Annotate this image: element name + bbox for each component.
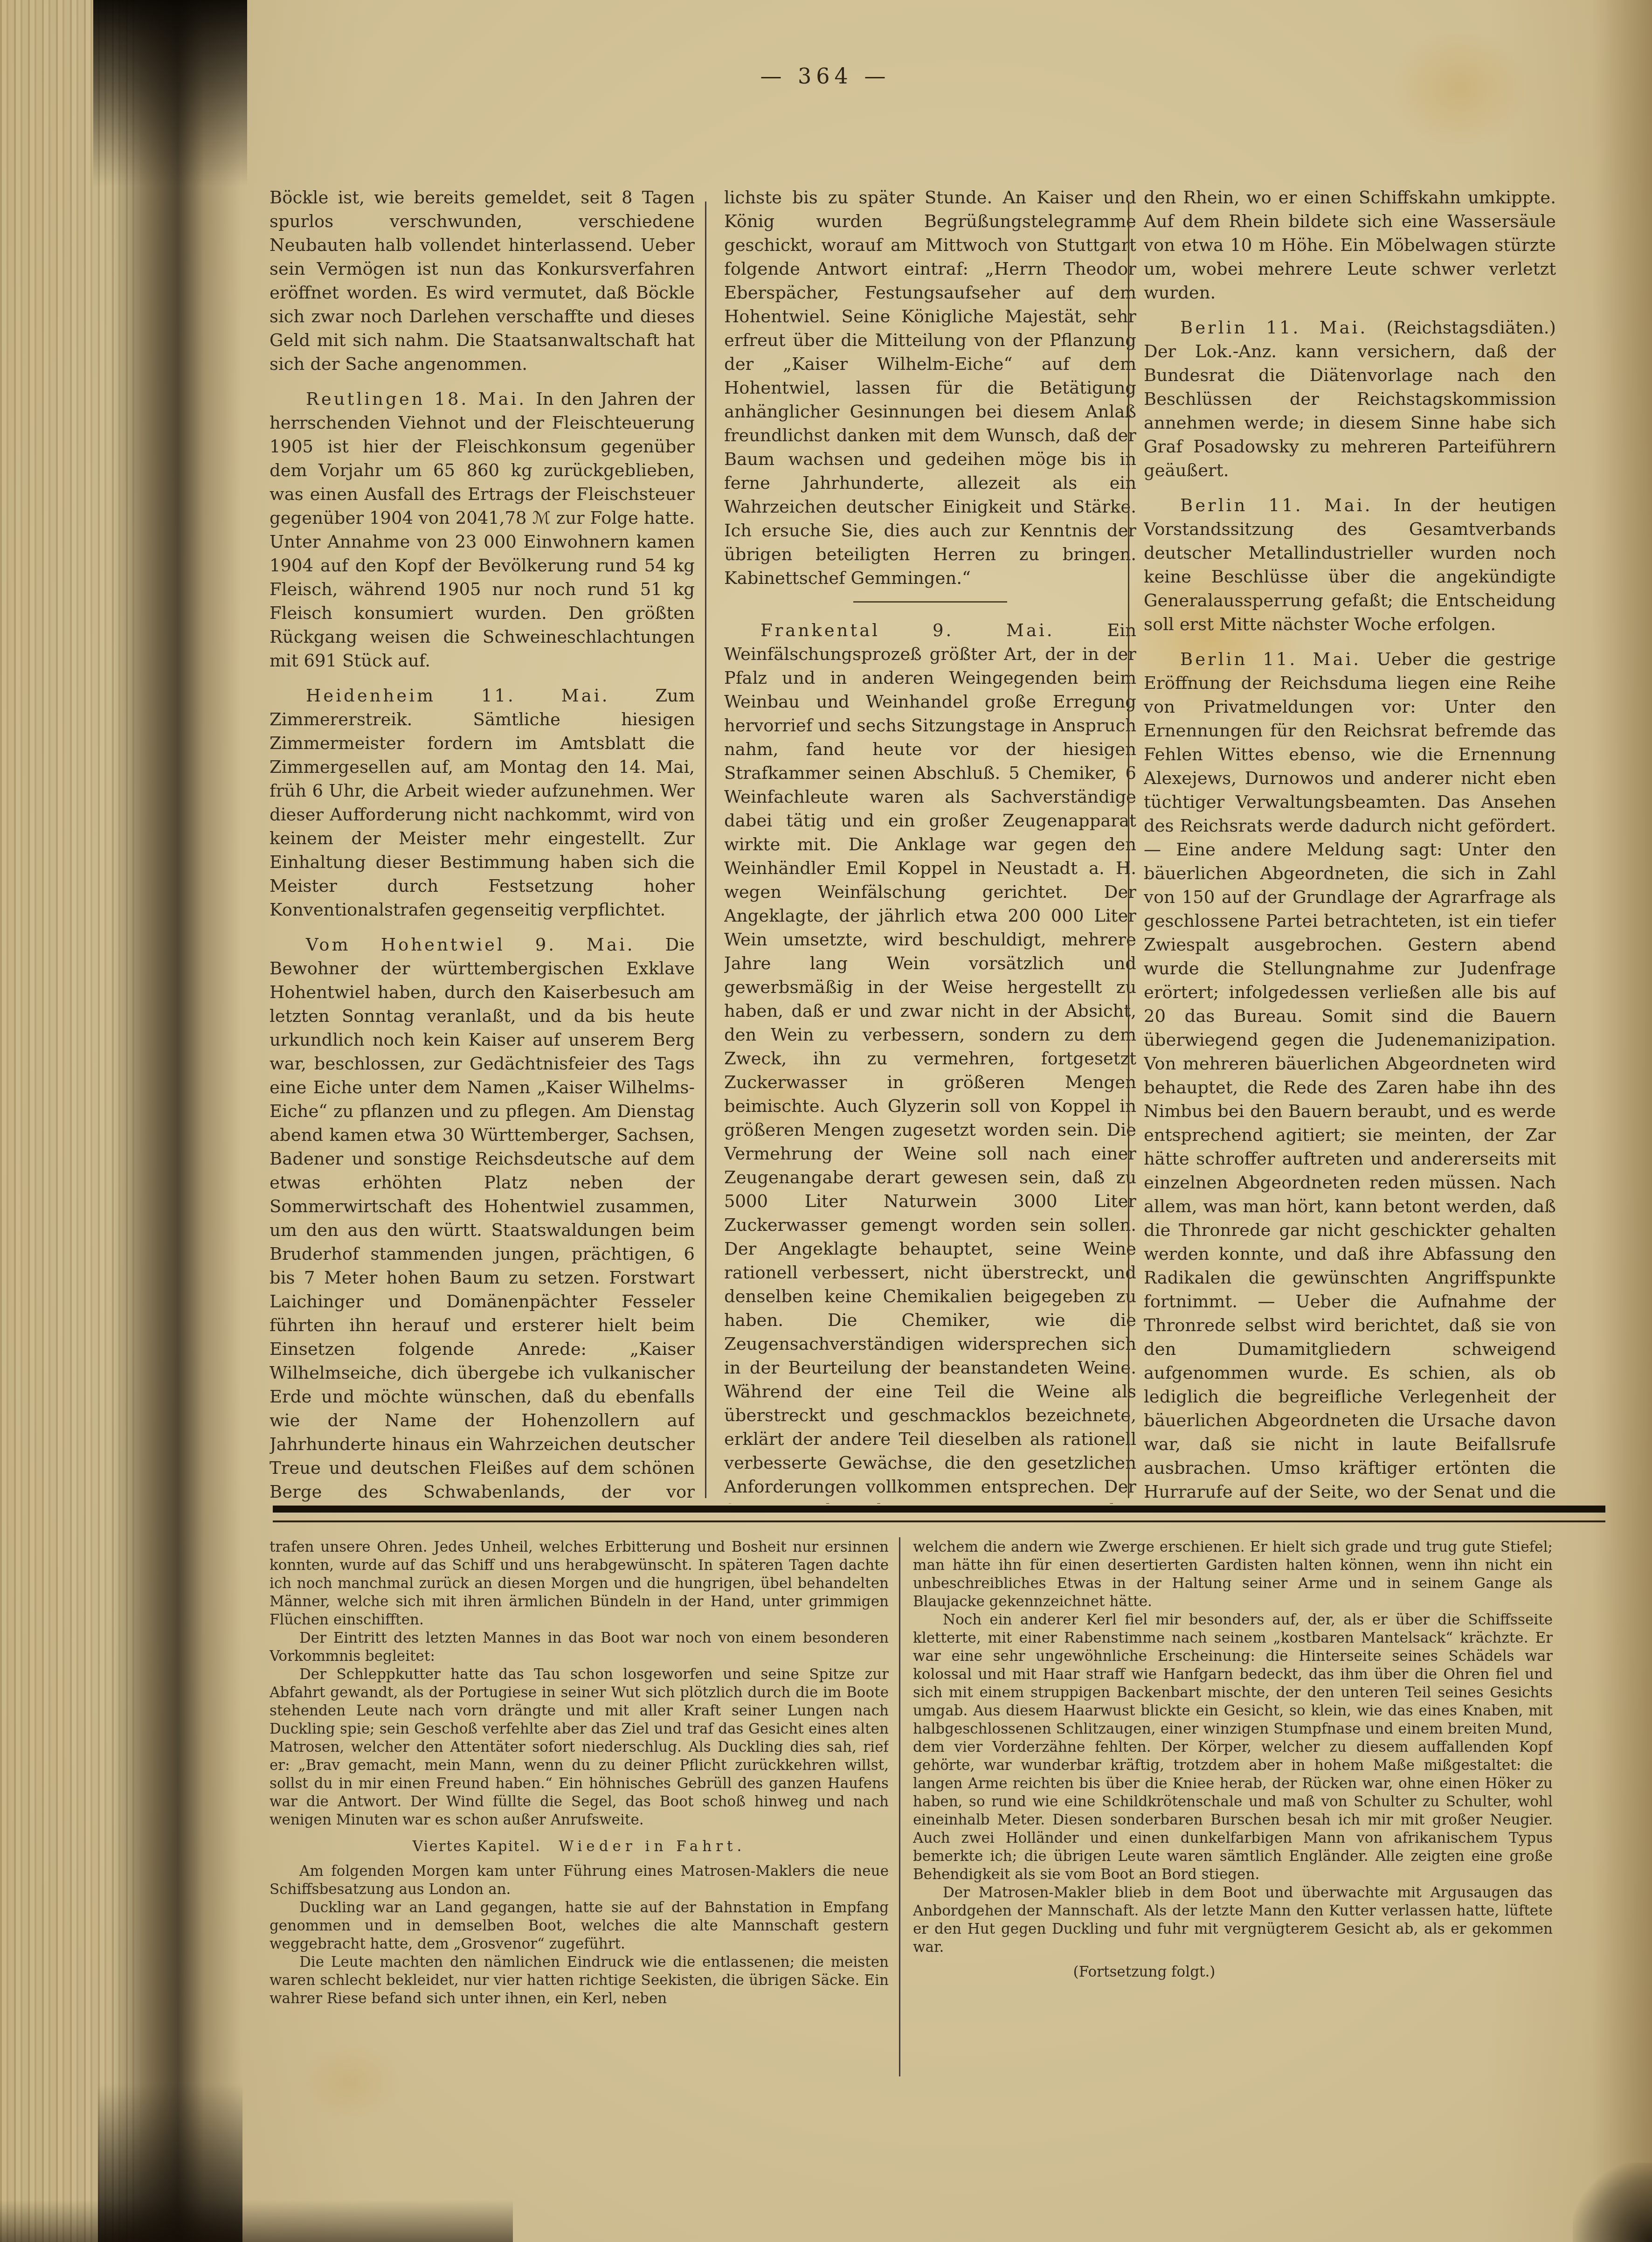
article-dateline: Vom Hohentwiel 9. Mai. bbox=[306, 935, 665, 955]
article-dateline: Berlin 11. Mai. bbox=[1180, 318, 1386, 338]
column-rule bbox=[1128, 201, 1129, 1498]
article-paragraph: Berlin 11. Mai. (Reichstagsdiäten.) Der … bbox=[1144, 316, 1556, 482]
feuilleton-paragraph: Die Leute machten den nämlichen Eindruck… bbox=[270, 1953, 889, 2008]
chapter-number: Viertes Kapitel. bbox=[413, 1838, 541, 1855]
article-dateline: Berlin 11. Mai. bbox=[1180, 649, 1376, 669]
article-paragraph: Berlin 11. Mai. Ueber die gestrige Eröff… bbox=[1144, 647, 1556, 1504]
article-text: In der heutigen Vorstandssitzung des Ges… bbox=[1144, 495, 1556, 634]
article-paragraph: Frankental 9. Mai. Ein Weinfälschungspro… bbox=[724, 618, 1136, 1504]
article-paragraph: Heidenheim 11. Mai. Zum Zimmererstreik. … bbox=[270, 684, 695, 922]
feuilleton-paragraph: Duckling war an Land gegangen, hatte sie… bbox=[270, 1899, 889, 1953]
article-dateline: Heidenheim 11. Mai. bbox=[306, 686, 655, 706]
binding-gutter-shadow bbox=[110, 0, 241, 2242]
feuilleton-paragraph: welchem die andern wie Zwerge erschienen… bbox=[913, 1538, 1553, 1611]
section-divider-rule bbox=[853, 601, 1007, 603]
article-dateline: Reutlingen 18. Mai. bbox=[306, 389, 536, 409]
article-text: Zum Zimmererstreik. Sämtliche hiesigen Z… bbox=[270, 686, 695, 920]
chapter-title: Wieder in Fahrt. bbox=[559, 1838, 746, 1855]
article-text: Ueber die gestrige Eröffnung der Reichsd… bbox=[1144, 649, 1556, 1504]
feuilleton-paragraph: Der Eintritt des letzten Mannes in das B… bbox=[270, 1629, 889, 1666]
section-rule-thick bbox=[273, 1506, 1605, 1513]
article-paragraph: Böckle ist, wie bereits gemeldet, seit 8… bbox=[270, 186, 695, 376]
continuation-notice: (Fortsetzung folgt.) bbox=[913, 1963, 1553, 1981]
news-column-3: den Rhein, wo er einen Schiffskahn umkip… bbox=[1144, 186, 1556, 1504]
news-column-1: Böckle ist, wie bereits gemeldet, seit 8… bbox=[270, 186, 695, 1504]
newspaper-page: — 364 — Böckle ist, wie bereits gemeldet… bbox=[0, 0, 1652, 2242]
foxing-stain bbox=[1389, 28, 1529, 149]
news-column-2: lichste bis zu später Stunde. An Kaiser … bbox=[724, 186, 1136, 1504]
article-paragraph: Berlin 11. Mai. In der heutigen Vorstand… bbox=[1144, 493, 1556, 636]
feuilleton-paragraph: trafen unsere Ohren. Jedes Unheil, welch… bbox=[270, 1538, 889, 1629]
article-paragraph: lichste bis zu später Stunde. An Kaiser … bbox=[724, 186, 1136, 590]
article-paragraph: Vom Hohentwiel 9. Mai. Die Bewohner der … bbox=[270, 933, 695, 1504]
article-paragraph: den Rhein, wo er einen Schiffskahn umkip… bbox=[1144, 186, 1556, 305]
shadow-right-edge bbox=[1591, 0, 1652, 2242]
article-text: den Rhein, wo er einen Schiffskahn umkip… bbox=[1144, 187, 1556, 303]
article-text: lichste bis zu später Stunde. An Kaiser … bbox=[724, 187, 1136, 588]
chapter-heading: Viertes Kapitel.Wieder in Fahrt. bbox=[270, 1838, 889, 1856]
column-rule bbox=[705, 201, 706, 1498]
article-text: Die Bewohner der württembergischen Exkla… bbox=[270, 935, 695, 1504]
feuilleton-paragraph: Der Matrosen-Makler blieb in dem Boot un… bbox=[913, 1884, 1553, 1957]
article-text: Ein Weinfälschungsprozeß größter Art, de… bbox=[724, 620, 1136, 1504]
feuilleton-paragraph: Noch ein anderer Kerl fiel mir besonders… bbox=[913, 1611, 1553, 1884]
shadow-top-left bbox=[93, 0, 247, 187]
section-rule-thin bbox=[273, 1520, 1605, 1522]
article-text: (Reichstagsdiäten.) Der Lok.-Anz. kann v… bbox=[1144, 318, 1556, 480]
page-number: — 364 — bbox=[737, 63, 914, 89]
feuilleton-column-right: welchem die andern wie Zwerge erschienen… bbox=[913, 1538, 1553, 2084]
article-dateline: Berlin 11. Mai. bbox=[1180, 495, 1394, 515]
article-text: In den Jahren der herrschenden Viehnot u… bbox=[270, 389, 695, 671]
article-dateline: Frankental 9. Mai. bbox=[760, 620, 1107, 640]
shadow-bottom-edge bbox=[0, 2200, 513, 2242]
feuilleton-column-left: trafen unsere Ohren. Jedes Unheil, welch… bbox=[270, 1538, 889, 2075]
column-rule bbox=[899, 1537, 900, 2076]
feuilleton-paragraph: Der Schleppkutter hatte das Tau schon lo… bbox=[270, 1666, 889, 1829]
shadow-bottom-right bbox=[1573, 2163, 1652, 2242]
article-text: Böckle ist, wie bereits gemeldet, seit 8… bbox=[270, 187, 695, 374]
feuilleton-paragraph: Am folgenden Morgen kam unter Führung ei… bbox=[270, 1862, 889, 1899]
article-paragraph: Reutlingen 18. Mai. In den Jahren der he… bbox=[270, 387, 695, 673]
